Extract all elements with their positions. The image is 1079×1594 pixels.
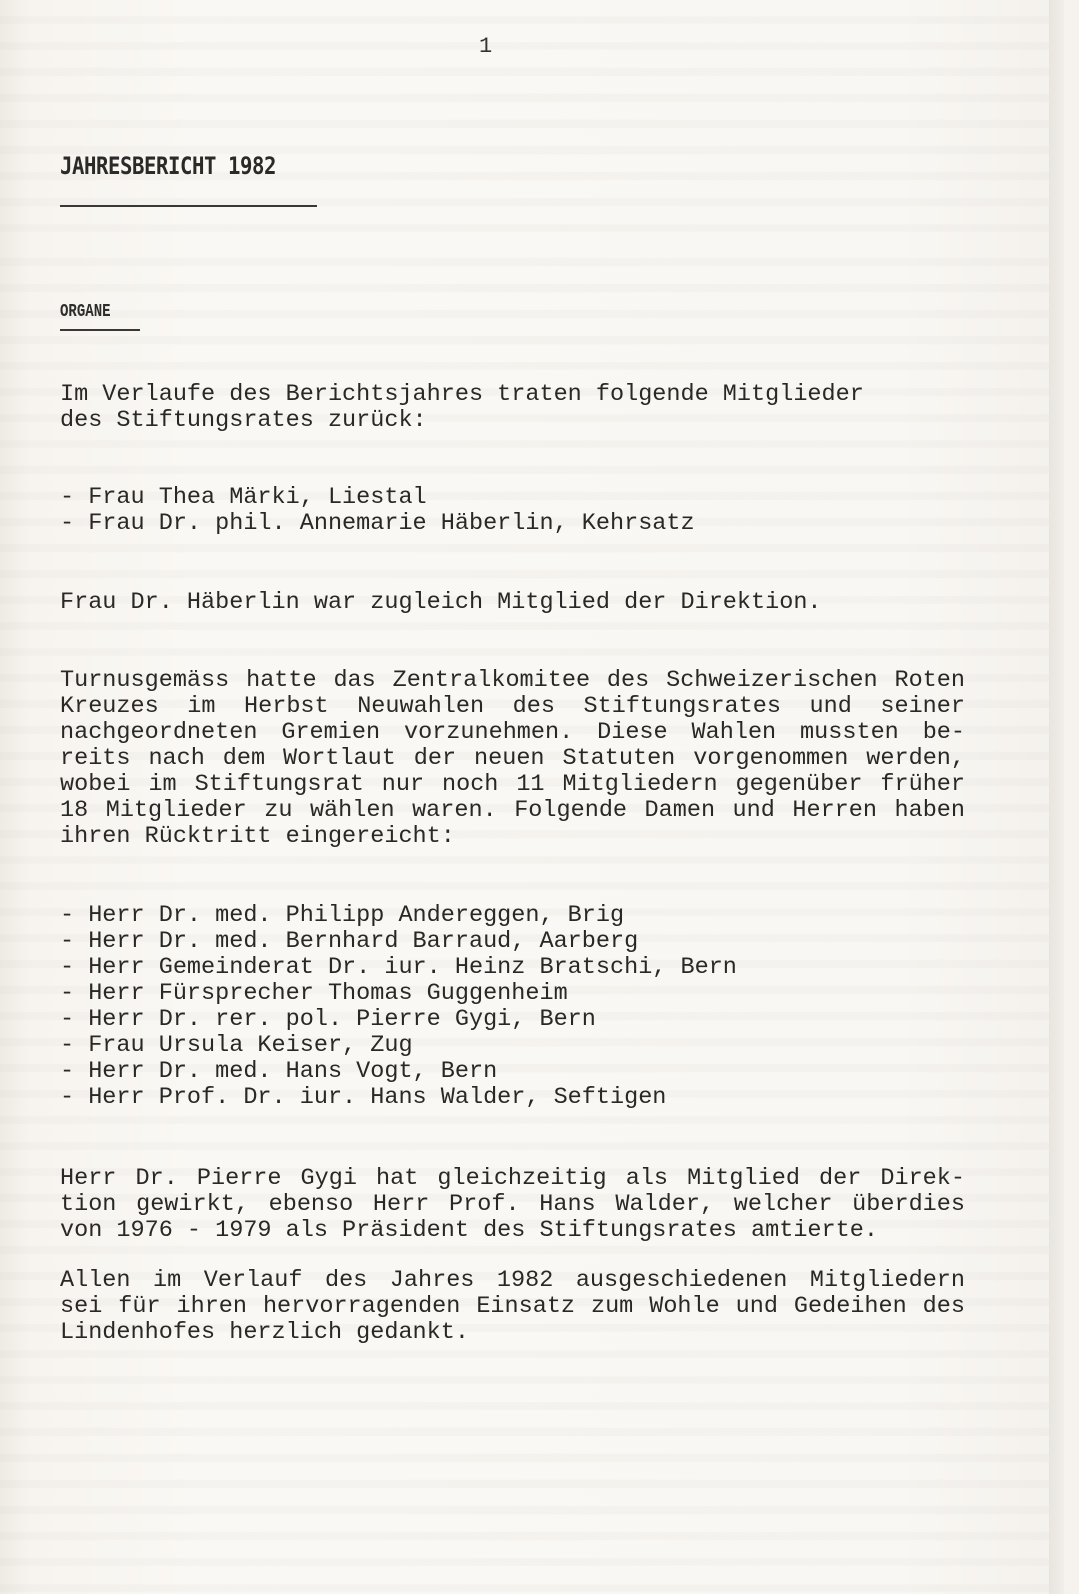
paragraph-line: reits nach dem Wortlaut der neuen Statut…	[60, 746, 965, 772]
paragraph-line: Kreuzes im Herbst Neuwahlen des Stiftung…	[60, 694, 965, 720]
paragraph-line: Frau Dr. Häberlin war zugleich Mitglied …	[60, 590, 965, 616]
gygi-walder-paragraph: Herr Dr. Pierre Gygi hat gleichzeitig al…	[60, 1166, 965, 1244]
paragraph-line: Im Verlaufe des Berichtsjahres traten fo…	[60, 382, 965, 408]
paragraph-line: 18 Mitglieder zu wählen waren. Folgende …	[60, 798, 965, 824]
haeberlin-note: Frau Dr. Häberlin war zugleich Mitglied …	[60, 590, 965, 616]
intro-paragraph: Im Verlaufe des Berichtsjahres traten fo…	[60, 382, 965, 434]
list-item: - Herr Gemeinderat Dr. iur. Heinz Bratsc…	[60, 955, 965, 981]
paragraph-line: Turnusgemäss hatte das Zentralkomitee de…	[60, 668, 965, 694]
list-item: - Herr Dr. med. Bernhard Barraud, Aarber…	[60, 929, 965, 955]
section-heading-underline	[60, 329, 140, 331]
paragraph-line: nachgeordneten Gremien vorzunehmen. Dies…	[60, 720, 965, 746]
list-item: - Frau Ursula Keiser, Zug	[60, 1033, 965, 1059]
paragraph-line: sei für ihren hervorragenden Einsatz zum…	[60, 1294, 965, 1320]
paragraph-line: Lindenhofes herzlich gedankt.	[60, 1320, 965, 1346]
document-title: JAHRESBERICHT 1982	[60, 152, 276, 180]
list-item: - Herr Fürsprecher Thomas Guggenheim	[60, 981, 965, 1007]
list-item: - Herr Dr. med. Hans Vogt, Bern	[60, 1059, 965, 1085]
paragraph-line: ihren Rücktritt eingereicht:	[60, 824, 965, 850]
elections-paragraph: Turnusgemäss hatte das Zentralkomitee de…	[60, 668, 965, 850]
thanks-paragraph: Allen im Verlauf des Jahres 1982 ausgesc…	[60, 1268, 965, 1346]
page-number: 1	[479, 34, 492, 59]
paragraph-line: von 1976 - 1979 als Präsident des Stiftu…	[60, 1218, 965, 1244]
list-item: - Herr Prof. Dr. iur. Hans Walder, Sefti…	[60, 1085, 965, 1111]
paragraph-line: des Stiftungsrates zurück:	[60, 408, 965, 434]
list-item: - Frau Thea Märki, Liestal	[60, 485, 965, 511]
paragraph-line: tion gewirkt, ebenso Herr Prof. Hans Wal…	[60, 1192, 965, 1218]
list-item: - Herr Dr. rer. pol. Pierre Gygi, Bern	[60, 1007, 965, 1033]
retiring-members-list: - Herr Dr. med. Philipp Andereggen, Brig…	[60, 903, 965, 1111]
title-underline	[60, 205, 317, 207]
resigned-members-list: - Frau Thea Märki, Liestal - Frau Dr. ph…	[60, 485, 965, 537]
section-heading: ORGANE	[60, 302, 111, 322]
list-item: - Herr Dr. med. Philipp Andereggen, Brig	[60, 903, 965, 929]
list-item: - Frau Dr. phil. Annemarie Häberlin, Keh…	[60, 511, 965, 537]
paragraph-line: Herr Dr. Pierre Gygi hat gleichzeitig al…	[60, 1166, 965, 1192]
page-edge	[1049, 0, 1064, 1594]
paragraph-line: Allen im Verlauf des Jahres 1982 ausgesc…	[60, 1268, 965, 1294]
paragraph-line: wobei im Stiftungsrat nur noch 11 Mitgli…	[60, 772, 965, 798]
document-page: 1 JAHRESBERICHT 1982 ORGANE Im Verlaufe …	[0, 0, 1064, 1594]
